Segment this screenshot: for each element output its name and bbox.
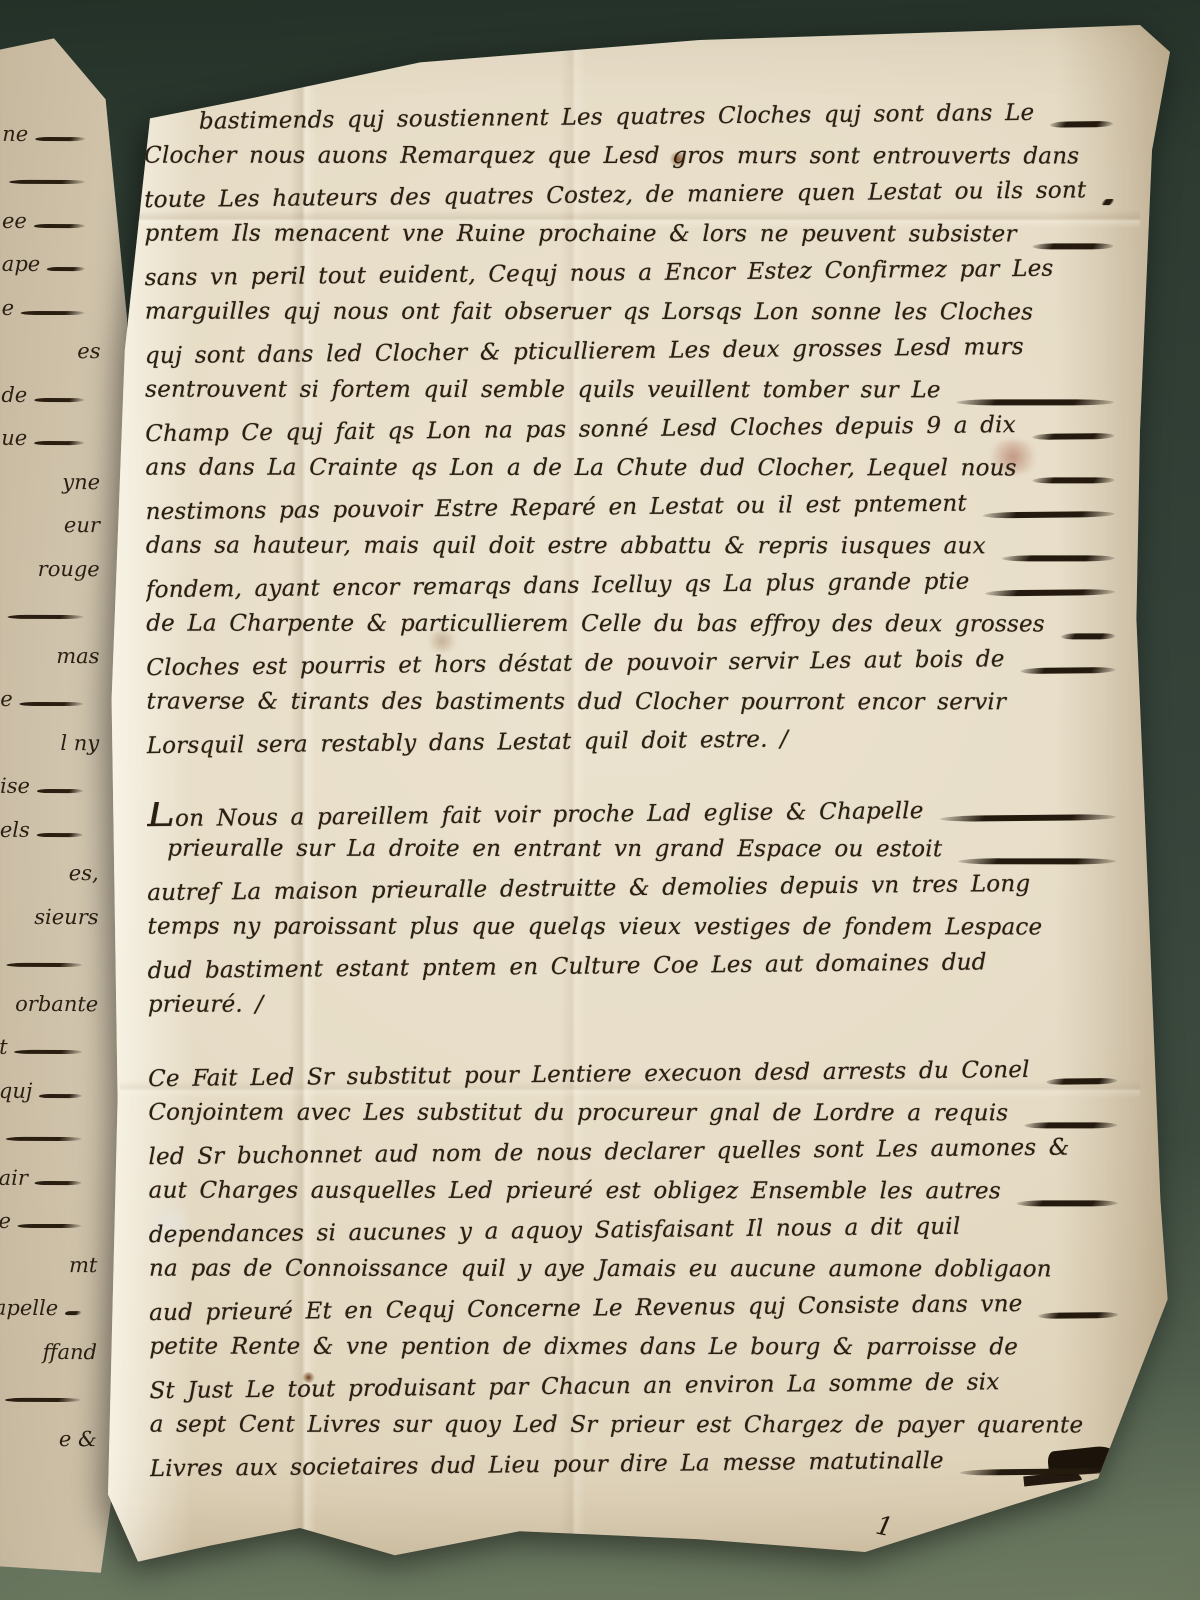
manuscript-line-text: Champ Ce quj fait qs Lon na pas sonné Le… (145, 412, 1016, 447)
manuscript-line-text: na pas de Connoissance quil y aye Jamais… (149, 1256, 1052, 1283)
manuscript-line: Lorsquil sera restably dans Lestat quil … (147, 723, 1134, 772)
line-filler-dash (1037, 1311, 1120, 1318)
manuscript-line: a sept Cent Livres sur quoy Led Sr prieu… (150, 1412, 1137, 1452)
manuscript-line-text: St Just Le tout produisant par Chacun an… (149, 1369, 999, 1404)
manuscript-line: ans dans La Crainte qs Lon a de La Chute… (146, 455, 1133, 495)
manuscript-line: bastimends quj soustiennent Les quatres … (144, 99, 1131, 148)
line-filler-dash (1049, 121, 1115, 128)
manuscript-line-text: Lon Nous a pareillem fait voir proche La… (147, 794, 924, 832)
manuscript-line-text: dependances si aucunes y a aquoy Satisfa… (149, 1214, 961, 1248)
manuscript-line-text: ans dans La Crainte qs Lon a de La Chute… (146, 455, 1017, 482)
manuscript-line: Conjointem avec Les substitut du procure… (148, 1100, 1135, 1140)
line-filler-dash (1030, 433, 1116, 440)
manuscript-line: sentrouvent si fortem quil semble quils … (145, 377, 1132, 417)
manuscript-line-text: Clocher nous auons Remarquez que Lesd gr… (144, 143, 1079, 170)
paragraph: Ce Fait Led Sr substitut pour Lentiere e… (148, 1059, 1137, 1492)
manuscript-line: na pas de Connoissance quil y aye Jamais… (149, 1256, 1136, 1296)
line-filler-dash (1044, 1077, 1119, 1084)
manuscript-line: aut Charges ausquelles Led prieuré est o… (149, 1178, 1136, 1218)
manuscript-line-text: dans sa hauteur, mais quil doit estre ab… (146, 533, 986, 560)
line-filler-dash (957, 858, 1118, 864)
manuscript-line: toute Les hauteurs des quatres Costez, d… (144, 177, 1131, 226)
manuscript-line: prieuralle sur La droite en entrant vn g… (147, 836, 1134, 876)
manuscript-line-text: marguilles quj nous ont fait obseruer qs… (145, 299, 1033, 326)
manuscript-line: quj sont dans led Clocher & pticullierem… (145, 333, 1132, 382)
manuscript-line: Clocher nous auons Remarquez que Lesd gr… (144, 143, 1131, 183)
manuscript-line-text: fondem, ayant encor remarqs dans Icelluy… (146, 569, 970, 604)
paragraph: Lon Nous a pareillem fait voir proche La… (147, 795, 1135, 1033)
line-filler-dash (1000, 555, 1117, 561)
manuscript-line: St Just Le tout produisant par Chacun an… (149, 1368, 1136, 1417)
manuscript-line: Ce Fait Led Sr substitut pour Lentiere e… (148, 1056, 1135, 1105)
manuscript-line-text: bastimends quj soustiennent Les quatres … (199, 100, 1035, 135)
manuscript-line-text: toute Les hauteurs des quatres Costez, d… (144, 177, 1086, 213)
manuscript-line-text: pntem Ils menacent vne Ruine prochaine &… (145, 221, 1017, 248)
manuscript-line-text: temps ny paroissant plus que quelqs vieu… (148, 914, 1043, 941)
manuscript-line-text: autref La maison prieuralle destruitte &… (147, 871, 1030, 906)
manuscript-page-wrap: bastimends quj soustiennent Les quatres … (0, 0, 1200, 1600)
manuscript-page: bastimends quj soustiennent Les quatres … (0, 0, 1200, 1600)
manuscript-line-text: dud bastiment estant pntem en Culture Co… (148, 949, 987, 984)
manuscript-line: pntem Ils menacent vne Ruine prochaine &… (144, 221, 1131, 261)
manuscript-line: petite Rente & vne pention de dixmes dan… (149, 1334, 1136, 1374)
manuscript-line-text: Ce Fait Led Sr substitut pour Lentiere e… (148, 1057, 1030, 1092)
manuscript-line: nestimons pas pouvoir Estre Reparé en Le… (146, 489, 1133, 538)
line-filler-dash (1015, 1200, 1119, 1206)
manuscript-line: marguilles quj nous ont fait obseruer qs… (145, 299, 1132, 339)
manuscript-line: fondem, ayant encor remarqs dans Icelluy… (146, 567, 1133, 616)
manuscript-line-text: prieuralle sur La droite en entrant vn g… (167, 836, 942, 863)
manuscript-line: led Sr buchonnet aud nom de nous declare… (148, 1134, 1135, 1183)
line-filler-dash (1019, 667, 1117, 674)
manuscript-line: Champ Ce quj fait qs Lon na pas sonné Le… (145, 411, 1132, 460)
manuscript-line-text: aud prieuré Et en Cequj Concerne Le Reve… (149, 1291, 1023, 1326)
line-filler-dash (1059, 633, 1117, 639)
line-filler-dash (981, 511, 1116, 518)
manuscript-line: dans sa hauteur, mais quil doit estre ab… (146, 533, 1133, 573)
manuscript-line: dud bastiment estant pntem en Culture Co… (148, 948, 1135, 997)
manuscript-line-text: a sept Cent Livres sur quoy Led Sr prieu… (150, 1412, 1084, 1439)
manuscript-line-text: petite Rente & vne pention de dixmes dan… (149, 1334, 1018, 1361)
manuscript-line: Cloches est pourris et hors déstat de po… (146, 645, 1133, 694)
line-filler-dash (955, 399, 1116, 405)
manuscript-line: traverse & tirants des bastiments dud Cl… (147, 689, 1134, 729)
photo-background: neeeapeeesdeueyneeurrougemasel nyiseelse… (0, 0, 1200, 1600)
manuscript-line-text: sans vn peril tout euident, Cequj nous a… (144, 256, 1053, 292)
manuscript-line-text: nestimons pas pouvoir Estre Reparé en Le… (146, 491, 967, 526)
manuscript-line: Livres aux societaires dud Lieu pour dir… (150, 1446, 1137, 1495)
manuscript-line-text: Cloches est pourris et hors déstat de po… (146, 646, 1004, 681)
line-filler-dash (1101, 199, 1115, 205)
manuscript-line: prieuré. / (148, 992, 1135, 1032)
manuscript-line-text: Conjointem avec Les substitut du procure… (148, 1100, 1008, 1127)
manuscript-line-text: quj sont dans led Clocher & pticullierem… (145, 334, 1024, 369)
manuscript-line: dependances si aucunes y a aquoy Satisfa… (149, 1212, 1136, 1261)
manuscript-line-text: prieuré. / (148, 992, 264, 1018)
manuscript-line-text: Lorsquil sera restably dans Lestat quil … (147, 726, 789, 759)
line-filler-dash (938, 814, 1118, 822)
line-filler-dash (1023, 1122, 1120, 1128)
manuscript-text-block: bastimends quj soustiennent Les quatres … (144, 102, 1137, 1522)
manuscript-line: Lon Nous a pareillem fait voir proche La… (147, 792, 1134, 841)
manuscript-line: aud prieuré Et en Cequj Concerne Le Reve… (149, 1290, 1136, 1339)
line-filler-dash (958, 1467, 1120, 1475)
line-filler-dash (1031, 477, 1116, 483)
manuscript-line-text: traverse & tirants des bastiments dud Cl… (147, 689, 1007, 716)
line-filler-dash (1031, 243, 1115, 249)
manuscript-line: sans vn peril tout euident, Cequj nous a… (144, 255, 1131, 304)
manuscript-line-text: de La Charpente & particullierem Celle d… (146, 611, 1045, 638)
manuscript-line-text: led Sr buchonnet aud nom de nous declare… (148, 1135, 1069, 1171)
line-filler-dash (984, 589, 1117, 596)
manuscript-line-text: sentrouvent si fortem quil semble quils … (145, 377, 940, 404)
manuscript-line: de La Charpente & particullierem Celle d… (146, 611, 1133, 651)
manuscript-line: temps ny paroissant plus que quelqs vieu… (148, 914, 1135, 954)
manuscript-line-text: aut Charges ausquelles Led prieuré est o… (149, 1178, 1001, 1205)
manuscript-line-text: Livres aux societaires dud Lieu pour dir… (150, 1448, 944, 1482)
paragraph: bastimends quj soustiennent Les quatres … (144, 102, 1134, 769)
manuscript-line: autref La maison prieuralle destruitte &… (147, 870, 1134, 919)
